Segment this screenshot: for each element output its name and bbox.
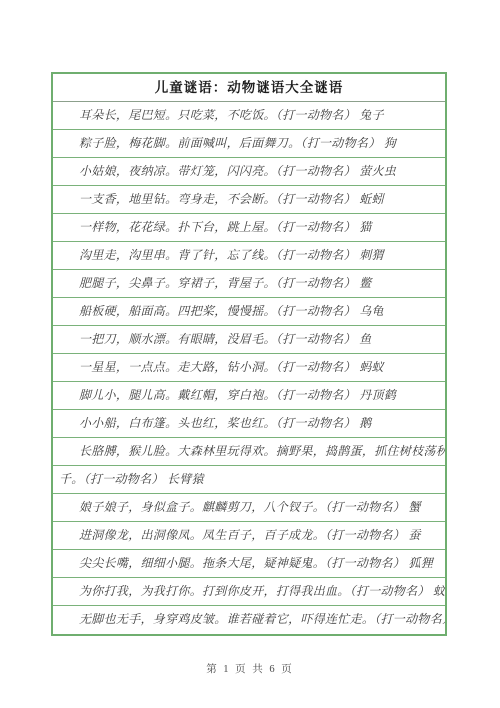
riddle-row: 肥腿子，尖鼻子。穿裙子，背屋子。（打一动物名） 鳖 [53, 270, 445, 298]
riddle-row: 进洞像龙，出洞像凤。凤生百子，百子成龙。（打一动物名） 蚕 [53, 522, 445, 550]
riddle-row: 娘子娘子，身似盒子。麒麟剪刀，八个钗子。（打一动物名） 蟹 [53, 494, 445, 522]
riddle-row: 长胳膊，猴儿脸。大森林里玩得欢。摘野果，捣鹊蛋，抓住树枝荡秋 [53, 438, 445, 466]
riddle-row: 一支香，地里钻。弯身走，不会断。（打一动物名） 蚯蚓 [53, 186, 445, 214]
document-page: 儿童谜语：动物谜语大全谜语 耳朵长，尾巴短。只吃菜，不吃饭。（打一动物名） 兔子… [0, 0, 500, 708]
riddle-row: 船板硬，船面高。四把桨，慢慢摇。（打一动物名） 乌龟 [53, 298, 445, 326]
riddle-row: 一星星，一点点。走大路，钻小洞。（打一动物名） 蚂蚁 [53, 354, 445, 382]
riddle-row: 粽子脸，梅花脚。前面喊叫，后面舞刀。（打一动物名） 狗 [53, 130, 445, 158]
riddle-row: 耳朵长，尾巴短。只吃菜，不吃饭。（打一动物名） 兔子 [53, 102, 445, 130]
riddle-rows: 耳朵长，尾巴短。只吃菜，不吃饭。（打一动物名） 兔子粽子脸，梅花脚。前面喊叫，后… [53, 102, 445, 634]
riddle-row: 千。（打一动物名） 长臂猿 [53, 466, 445, 494]
riddle-table: 儿童谜语：动物谜语大全谜语 耳朵长，尾巴短。只吃菜，不吃饭。（打一动物名） 兔子… [51, 72, 447, 636]
riddle-row: 一样物，花花绿。扑下台，跳上屋。（打一动物名） 猫 [53, 214, 445, 242]
riddle-row: 无脚也无手，身穿鸡皮皱。谁若碰着它，吓得连忙走。（打一动物名） [53, 606, 445, 634]
riddle-row: 小姑娘，夜纳凉。带灯笼，闪闪亮。（打一动物名） 萤火虫 [53, 158, 445, 186]
riddle-row: 一把刀，顺水漂。有眼睛，没眉毛。（打一动物名） 鱼 [53, 326, 445, 354]
riddle-row: 脚儿小，腿儿高。戴红帽，穿白袍。（打一动物名） 丹顶鹤 [53, 382, 445, 410]
riddle-row: 尖尖长嘴，细细小腿。拖条大尾，疑神疑鬼。（打一动物名） 狐狸 [53, 550, 445, 578]
table-title: 儿童谜语：动物谜语大全谜语 [53, 74, 445, 102]
page-number: 第 1 页 共 6 页 [0, 661, 500, 676]
riddle-row: 沟里走，沟里串。背了针，忘了线。（打一动物名） 刺猬 [53, 242, 445, 270]
riddle-row: 小小船，白布篷。头也红，桨也红。（打一动物名） 鹅 [53, 410, 445, 438]
riddle-row: 为你打我，为我打你。打到你皮开，打得我出血。（打一动物名） 蚊子 [53, 578, 445, 606]
